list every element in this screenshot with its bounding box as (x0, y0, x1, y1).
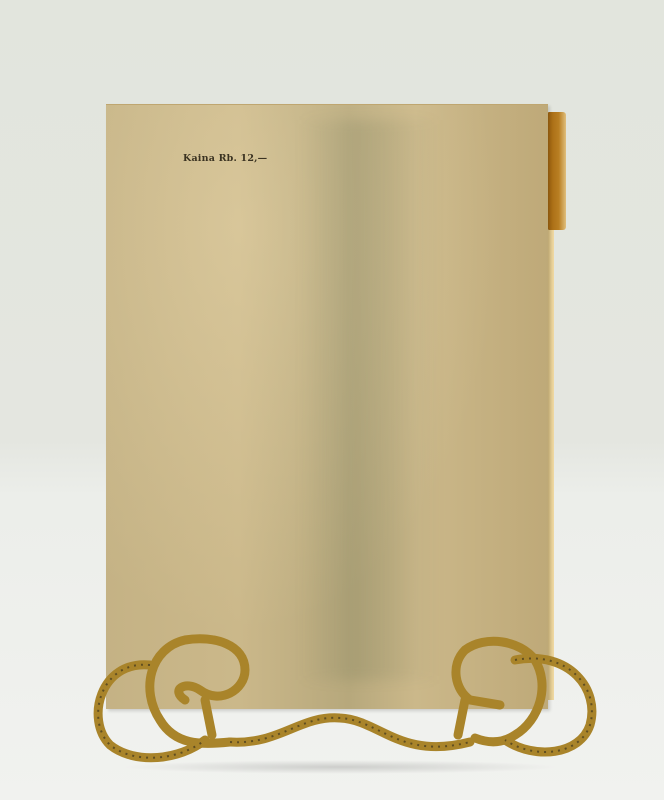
product-photo: Kaina Rb. 12,— (0, 0, 664, 800)
scroll-display-stand (0, 0, 664, 800)
